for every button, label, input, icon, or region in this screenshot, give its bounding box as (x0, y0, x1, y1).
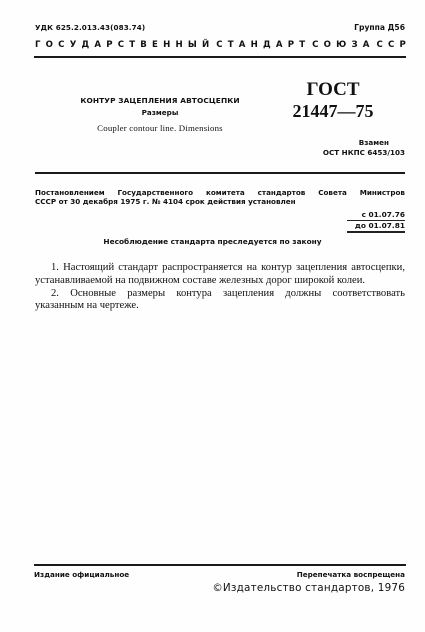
udk-code: УДК 625.2.013.43(083.74) (35, 23, 145, 32)
paragraph-2: 2. Основные размеры контура зацепления д… (35, 288, 405, 314)
document-page: УДК 625.2.013.43(083.74) Группа Д56 ГОСУ… (0, 0, 425, 632)
replaces-value: ОСТ НКПС 6453/103 (300, 148, 405, 158)
state-standard-word: ССР (376, 40, 411, 50)
header-divider (34, 56, 406, 58)
date-to: до 01.07.81 (347, 221, 405, 233)
decree-word: Совета (318, 188, 347, 197)
decree-word: Министров (360, 188, 405, 197)
state-standard-word: ГОСУДАРСТВЕННЫЙ (35, 40, 214, 50)
decree-word: комитета (206, 188, 245, 197)
decree-divider (35, 172, 405, 174)
paragraph-1: 1. Настоящий стандарт распространяется н… (35, 262, 405, 288)
official-edition-label: Издание официальное (34, 570, 129, 579)
law-notice: Несоблюдение стандарта преследуется по з… (0, 237, 425, 246)
validity-dates: с 01.07.76 до 01.07.81 (347, 210, 405, 233)
decree-text: Постановлением Государственного комитета… (35, 188, 405, 206)
replaces-block: Взамен ОСТ НКПС 6453/103 (300, 138, 405, 157)
group-code: Группа Д56 (354, 23, 405, 32)
state-standard-word: СОЮЗА (312, 40, 374, 50)
subtitle-russian: Размеры (60, 108, 260, 117)
copyright-notice: ©Издательство стандартов, 1976 (212, 582, 405, 594)
decree-line-2: СССР от 30 декабря 1975 г. № 4104 срок д… (35, 197, 405, 206)
replaces-label: Взамен (300, 138, 405, 148)
title-russian: КОНТУР ЗАЦЕПЛЕНИЯ АВТОСЦЕПКИ (60, 96, 260, 105)
decree-word: Государственного (117, 188, 193, 197)
no-reprint-label: Перепечатка воспрещена (297, 570, 405, 579)
decree-word: Постановлением (35, 188, 105, 197)
state-standard-heading: ГОСУДАРСТВЕННЫЙ СТАНДАРТ СОЮЗА ССР (35, 40, 406, 50)
date-from: с 01.07.76 (347, 210, 405, 221)
document-title-block: КОНТУР ЗАЦЕПЛЕНИЯ АВТОСЦЕПКИ Размеры Cou… (60, 96, 260, 133)
state-standard-word: СТАНДАРТ (216, 40, 310, 50)
body-text: 1. Настоящий стандарт распространяется н… (35, 262, 405, 313)
gost-designation: ГОСТ 21447—75 (283, 80, 383, 121)
gost-label: ГОСТ (283, 80, 383, 100)
title-english: Coupler contour line. Dimensions (60, 123, 260, 133)
gost-number: 21447—75 (283, 101, 383, 121)
decree-word: стандартов (258, 188, 306, 197)
footer-divider (34, 564, 406, 566)
decree-line-1: Постановлением Государственного комитета… (35, 188, 405, 197)
